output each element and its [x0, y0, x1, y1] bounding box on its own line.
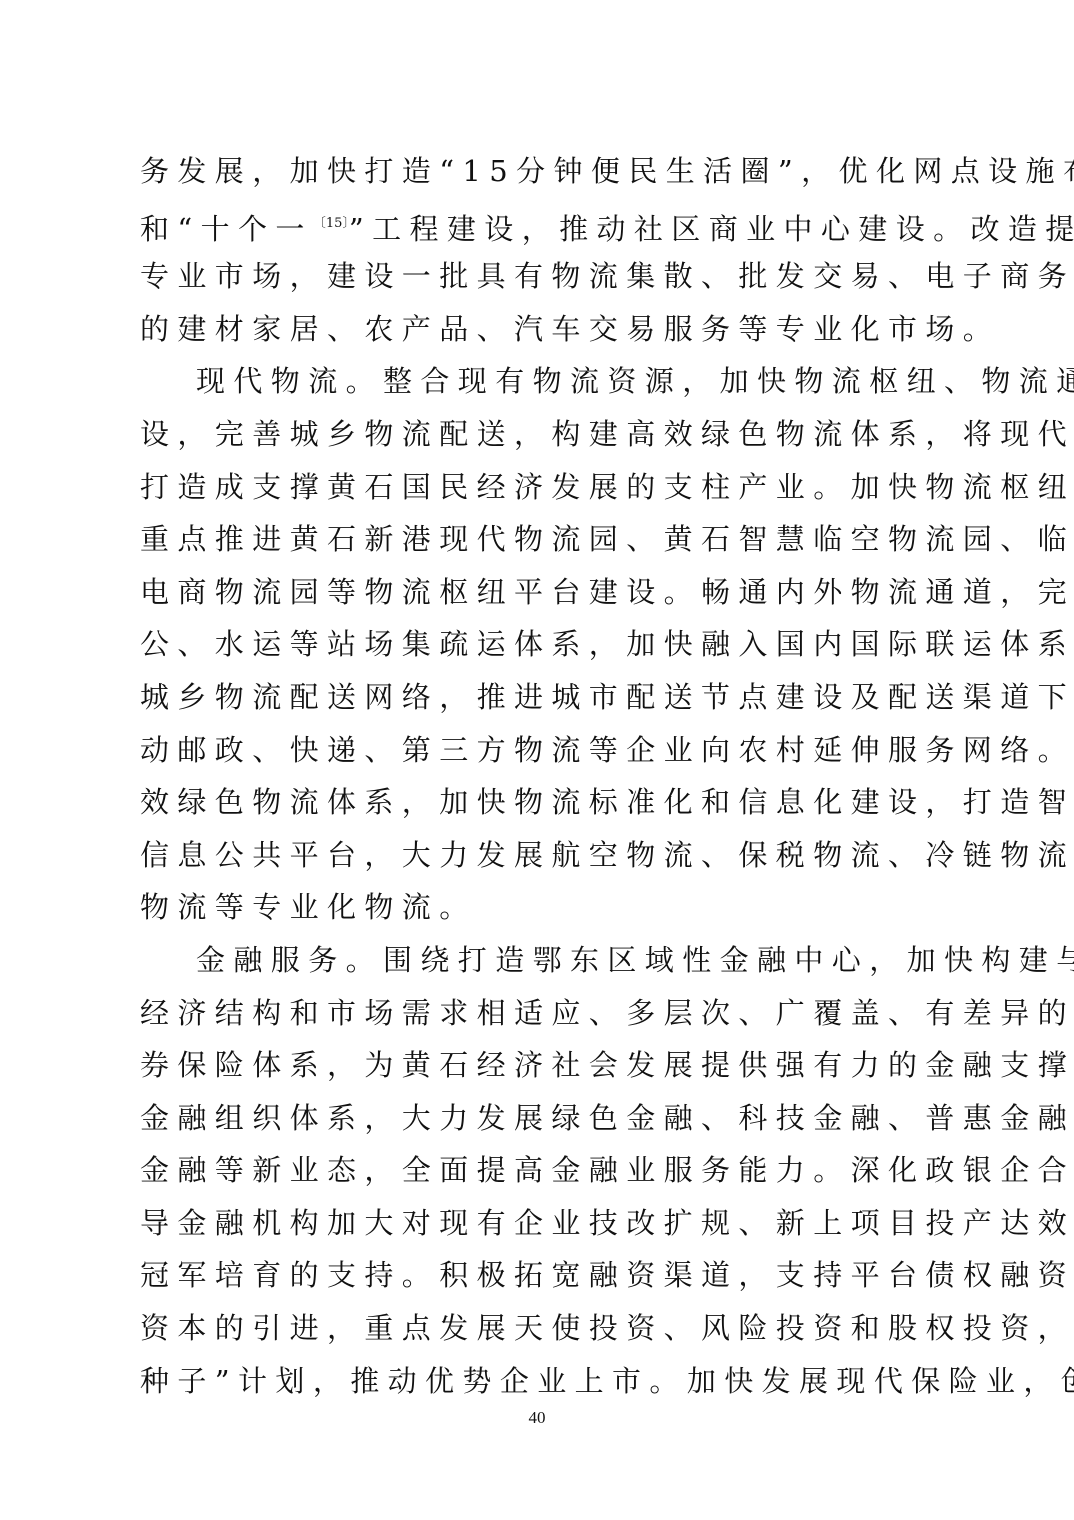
text-line: 导金融机构加大对现有企业技改扩规、新上项目投产达效、隐形 — [140, 1197, 940, 1250]
text-line: 物流等专业化物流。 — [140, 881, 940, 934]
text-line: 动邮政、快递、第三方物流等企业向农村延伸服务网络。构建高 — [140, 724, 940, 777]
text-segment: ”工程建设，推动社区商业中心建设。改造提升 — [349, 212, 1074, 246]
text-line: 公、水运等站场集疏运体系，加快融入国内国际联运体系。完善 — [140, 618, 940, 671]
text-line: 的建材家居、农产品、汽车交易服务等专业化市场。 — [140, 303, 940, 356]
text-line: 专业市场，建设一批具有物流集散、批发交易、电子商务等功能 — [140, 250, 940, 303]
text-line: 信息公共平台，大力发展航空物流、保税物流、冷链物流、电商 — [140, 829, 940, 882]
document-page: 务发展，加快打造“15分钟便民生活圈”，优化网点设施布局 和“十个一〔15〕”工… — [0, 0, 1074, 1520]
text-line: 金融组织体系，大力发展绿色金融、科技金融、普惠金融、港口 — [140, 1092, 940, 1145]
text-line: 券保险体系，为黄石经济社会发展提供强有力的金融支撑。健全 — [140, 1039, 940, 1092]
text-line: 电商物流园等物流枢纽平台建设。畅通内外物流通道，完善铁、 — [140, 566, 940, 619]
text-line: 种子”计划，推动优势企业上市。加快发展现代保险业，创新保 — [140, 1355, 940, 1408]
text-line: 冠军培育的支持。积极拓宽融资渠道，支持平台债权融资及社会 — [140, 1249, 940, 1302]
text-line: 城乡物流配送网络，推进城市配送节点建设及配送渠道下沉，推 — [140, 671, 940, 724]
text-line-with-footnote: 和“十个一〔15〕”工程建设，推动社区商业中心建设。改造提升 — [140, 198, 940, 251]
text-line: 效绿色物流体系，加快物流标准化和信息化建设，打造智慧物流 — [140, 776, 940, 829]
text-line: 务发展，加快打造“15分钟便民生活圈”，优化网点设施布局 — [140, 145, 940, 198]
text-line: 设，完善城乡物流配送，构建高效绿色物流体系，将现代物流业 — [140, 408, 940, 461]
text-segment: 和“十个一 — [140, 212, 313, 246]
text-line: 打造成支撑黄石国民经济发展的支柱产业。加快物流枢纽建设， — [140, 461, 940, 514]
text-line: 重点推进黄石新港现代物流园、黄石智慧临空物流园、临空跨境 — [140, 513, 940, 566]
text-line: 金融等新业态，全面提高金融业服务能力。深化政银企合作，引 — [140, 1144, 940, 1197]
text-line: 资本的引进，重点发展天使投资、风险投资和股权投资，实施“金 — [140, 1302, 940, 1355]
section-paragraph-logistics-start: 现代物流。整合现有物流资源，加快物流枢纽、物流通道建 — [140, 355, 940, 408]
page-number: 40 — [0, 1408, 1074, 1428]
footnote-reference[interactable]: 〔15〕 — [313, 216, 349, 231]
text-line: 经济结构和市场需求相适应、多层次、广覆盖、有差异的银行证 — [140, 987, 940, 1040]
section-paragraph-finance-start: 金融服务。围绕打造鄂东区域性金融中心，加快构建与实体 — [140, 934, 940, 987]
body-text: 务发展，加快打造“15分钟便民生活圈”，优化网点设施布局 和“十个一〔15〕”工… — [140, 145, 940, 1407]
